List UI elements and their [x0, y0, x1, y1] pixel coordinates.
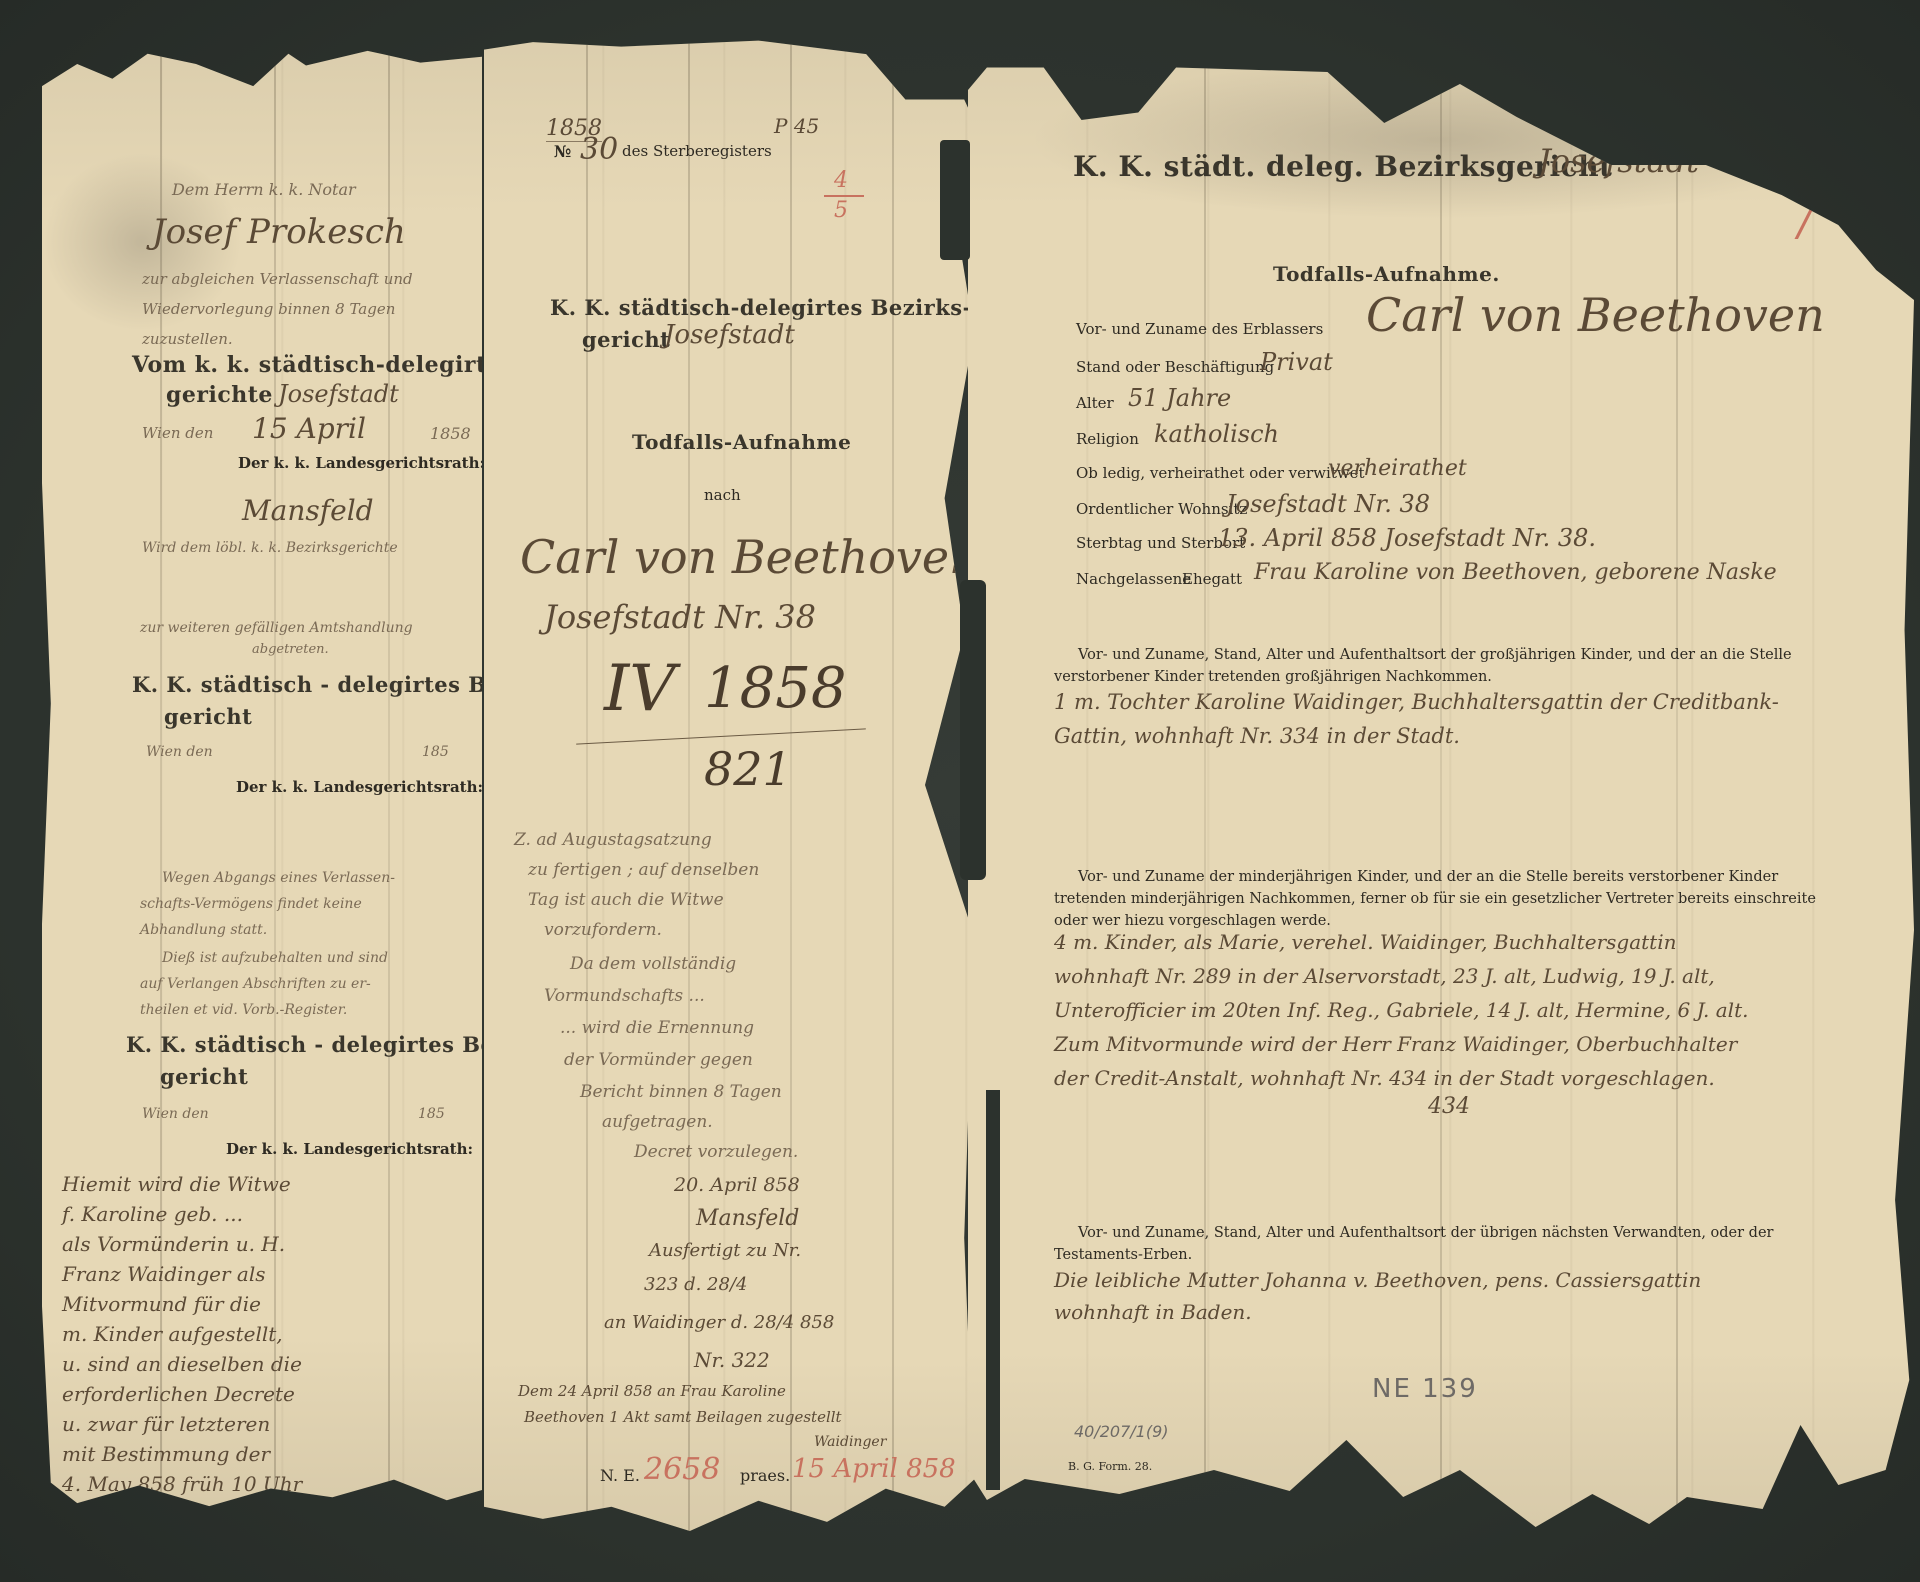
note-line: ... wird die Ernennung	[560, 1018, 754, 1038]
deceased-name: Carl von Beethoven	[520, 530, 979, 584]
registry-line: an Waidinger d. 28/4 858	[604, 1312, 834, 1333]
middle-sheet: 1858 P 45 № 30 des Sterberegisters 4 5 K…	[484, 30, 974, 1540]
judge-title: Der k. k. Landesgerichtsrath:	[226, 1140, 473, 1158]
field-value-spouse: Frau Karoline von Beethoven, geborene Na…	[1254, 560, 1777, 585]
paper-tear	[986, 1090, 1000, 1490]
paper-tear	[940, 140, 970, 260]
document-title: Todfalls-Aufnahme.	[1273, 262, 1500, 286]
date-year: 185	[422, 744, 449, 760]
red-fraction-bottom: 5	[834, 198, 848, 223]
relatives-heading: Vor- und Zuname, Stand, Alter und Aufent…	[1054, 1222, 1824, 1266]
field-label-religion: Religion	[1076, 430, 1139, 448]
note-line: Decret vorzulegen.	[634, 1142, 798, 1162]
left-sheet: Dem Herrn k. k. Notar Josef Prokesch zur…	[42, 42, 482, 1512]
court-place: Josefstadt	[278, 380, 399, 408]
fold-crease	[1676, 30, 1678, 1530]
instruction-line: Wiedervorlegung binnen 8 Tagen	[142, 300, 395, 318]
entry-year: 1858	[704, 656, 847, 721]
minor-children-line: 4 m. Kinder, als Marie, verehel. Waiding…	[1054, 930, 1676, 954]
note-line: Tag ist auch die Witwe	[528, 890, 724, 910]
estate-note-line: auf Verlangen Abschriften zu er-	[140, 976, 371, 992]
minor-children-line: Unterofficier im 20ten Inf. Reg., Gabrie…	[1054, 998, 1748, 1022]
delivery-line: Dem 24 April 858 an Frau Karoline	[518, 1382, 786, 1400]
page-mark: P 45	[774, 114, 819, 138]
instruction-line: zur abgleichen Verlassenschaft und	[142, 270, 413, 288]
guardian-note-line: m. Kinder aufgestellt,	[62, 1322, 283, 1346]
right-sheet: K. K. städt. deleg. Bezirksgericht Josef…	[968, 30, 1914, 1530]
ne-value: 2658	[644, 1452, 720, 1487]
court-heading: gerichte	[166, 382, 273, 408]
court-heading: gericht	[164, 704, 252, 729]
registry-line: Nr. 322	[694, 1348, 770, 1372]
note-date: 20. April 858	[674, 1174, 800, 1196]
guardian-note-line: u. sind an dieselben die	[62, 1352, 302, 1376]
date-prefix: Wien den	[146, 744, 213, 760]
fold-crease	[274, 42, 276, 1512]
guardian-note-line: Franz Waidinger als	[62, 1262, 266, 1286]
judge-title: Der k. k. Landesgerichtsrath:	[236, 778, 483, 796]
form-label: B. G. Form. 28.	[1068, 1460, 1152, 1473]
minor-children-line: Zum Mitvormunde wird der Herr Franz Waid…	[1054, 1032, 1737, 1056]
guardian-note-line: Hiemit wird die Witwe	[62, 1172, 291, 1196]
archive-number: 40/207/1(9)	[1074, 1422, 1169, 1441]
return-line: abgetreten.	[252, 642, 329, 657]
date-year: 185	[418, 1106, 445, 1122]
guardian-note-line: erforderlichen Decrete	[62, 1382, 295, 1406]
field-value-residence: Josefstadt Nr. 38	[1226, 490, 1430, 518]
note-line: zu fertigen ; auf denselben	[528, 860, 759, 880]
court-heading: gericht	[160, 1064, 248, 1089]
note-line: Bericht binnen 8 Tagen	[580, 1082, 782, 1102]
guardian-note-line: f. Karoline geb. ...	[62, 1202, 243, 1226]
notary-name: Josef Prokesch	[152, 212, 406, 252]
minor-children-heading: Vor- und Zuname der minderjährigen Kinde…	[1054, 866, 1824, 932]
date-value: 15 April	[252, 412, 366, 445]
fold-crease	[892, 30, 894, 1540]
minor-children-line: wohnhaft Nr. 289 in der Alservorstadt, 2…	[1054, 964, 1715, 988]
document-title: Todfalls-Aufnahme	[632, 430, 851, 454]
field-value-name: Carl von Beethoven	[1366, 288, 1825, 342]
judge-signature: Mansfeld	[242, 494, 374, 527]
adult-children-line: Gattin, wohnhaft Nr. 334 in der Stadt.	[1054, 724, 1460, 748]
fold-crease	[1440, 30, 1442, 1530]
note-line: Da dem vollständig	[570, 954, 736, 974]
register-label: des Sterberegisters	[622, 142, 772, 160]
fold-crease	[586, 30, 588, 1540]
field-sublabel-spouse: Ehegatt	[1182, 570, 1242, 588]
field-value-religion: katholisch	[1154, 420, 1279, 448]
field-label-marital-status: Ob ledig, verheirathet oder verwitwet	[1076, 464, 1365, 482]
date-year: 1858	[430, 424, 471, 443]
estate-note-line: theilen et vid. Vorb.-Register.	[140, 1002, 347, 1018]
praes-value: 15 April 858	[792, 1454, 956, 1484]
adult-children-heading: Vor- und Zuname, Stand, Alter und Aufent…	[1054, 644, 1824, 688]
date-prefix: Wien den	[142, 424, 213, 442]
field-value-occupation: Privat	[1260, 348, 1333, 376]
delivery-line: Beethoven 1 Akt samt Beilagen zugestellt	[524, 1408, 842, 1426]
note-line: vorzufordern.	[544, 920, 662, 940]
ne-label: N. E.	[600, 1466, 640, 1485]
minor-children-correction: 434	[1428, 1094, 1470, 1119]
estate-note-line: schafts-Vermögens findet keine	[140, 896, 362, 912]
field-label-survivors: Nachgelassene	[1076, 570, 1191, 588]
field-label-residence: Ordentlicher Wohnsitz	[1076, 500, 1247, 518]
roman-month: IV	[604, 652, 676, 726]
register-prefix: №	[554, 142, 571, 161]
return-line: Wird dem löbl. k. k. Bezirksgerichte	[142, 540, 398, 556]
estate-note-line: Wegen Abgangs eines Verlassen-	[162, 870, 395, 886]
note-line: Z. ad Augustagsatzung	[514, 830, 712, 850]
relatives-line: wohnhaft in Baden.	[1054, 1300, 1252, 1324]
court-place: Josefstadt	[664, 320, 795, 350]
praes-label: praes.	[740, 1466, 790, 1485]
court-heading: K. K. städtisch-delegirtes Bezirks-	[550, 295, 972, 320]
note-line: Vormundschafts ...	[544, 986, 705, 1006]
red-fraction-bar	[824, 195, 864, 197]
file-number: 821	[704, 742, 792, 796]
field-value-marital-status: verheirathet	[1328, 456, 1467, 481]
court-heading: gericht	[582, 327, 670, 352]
note-line: aufgetragen.	[602, 1112, 713, 1132]
field-value-age: 51 Jahre	[1128, 384, 1231, 412]
note-line: der Vormünder gegen	[564, 1050, 753, 1070]
guardian-note-line: mit Bestimmung der	[62, 1442, 270, 1466]
guardian-note-line: als Vormünderin u. H.	[62, 1232, 285, 1256]
guardian-note-line: u. zwar für letzteren	[62, 1412, 270, 1436]
field-label-name: Vor- und Zuname des Erblassers	[1076, 320, 1323, 338]
registry-line: Ausfertigt zu Nr.	[649, 1240, 801, 1261]
minor-children-line: der Credit-Anstalt, wohnhaft Nr. 434 in …	[1054, 1066, 1715, 1090]
relatives-line: Die leibliche Mutter Johanna v. Beethove…	[1054, 1268, 1701, 1292]
instruction-line: zuzustellen.	[142, 330, 233, 348]
court-heading: K. K. städt. deleg. Bezirksgericht	[1073, 150, 1612, 183]
estate-note-line: Abhandlung statt.	[140, 922, 267, 938]
red-fraction-top: 4	[834, 168, 848, 193]
field-value-death: 13. April 858 Josefstadt Nr. 38.	[1218, 524, 1596, 552]
deceased-address: Josefstadt Nr. 38	[544, 598, 816, 636]
fold-crease	[388, 42, 390, 1512]
date-prefix: Wien den	[142, 1106, 209, 1122]
field-label-occupation: Stand oder Beschäftigung	[1076, 358, 1274, 376]
after-label: nach	[704, 486, 741, 504]
judge-title: Der k. k. Landesgerichtsrath:	[238, 454, 485, 472]
catalog-mark: NE 139	[1372, 1374, 1478, 1404]
delivery-signature: Waidinger	[814, 1434, 886, 1450]
register-number: 30	[580, 132, 618, 167]
notary-address: Dem Herrn k. k. Notar	[172, 180, 356, 199]
guardian-note-line: Mitvormund für die	[62, 1292, 261, 1316]
return-line: zur weiteren gefälligen Amtshandlung	[140, 620, 413, 636]
field-label-age: Alter	[1076, 394, 1114, 412]
registry-line: 323 d. 28/4	[644, 1274, 747, 1295]
adult-children-line: 1 m. Tochter Karoline Waidinger, Buchhal…	[1054, 690, 1779, 714]
signature: Mansfeld	[696, 1206, 799, 1231]
paper-tear	[960, 580, 986, 880]
estate-note-line: Dieß ist aufzubehalten und sind	[162, 950, 388, 966]
